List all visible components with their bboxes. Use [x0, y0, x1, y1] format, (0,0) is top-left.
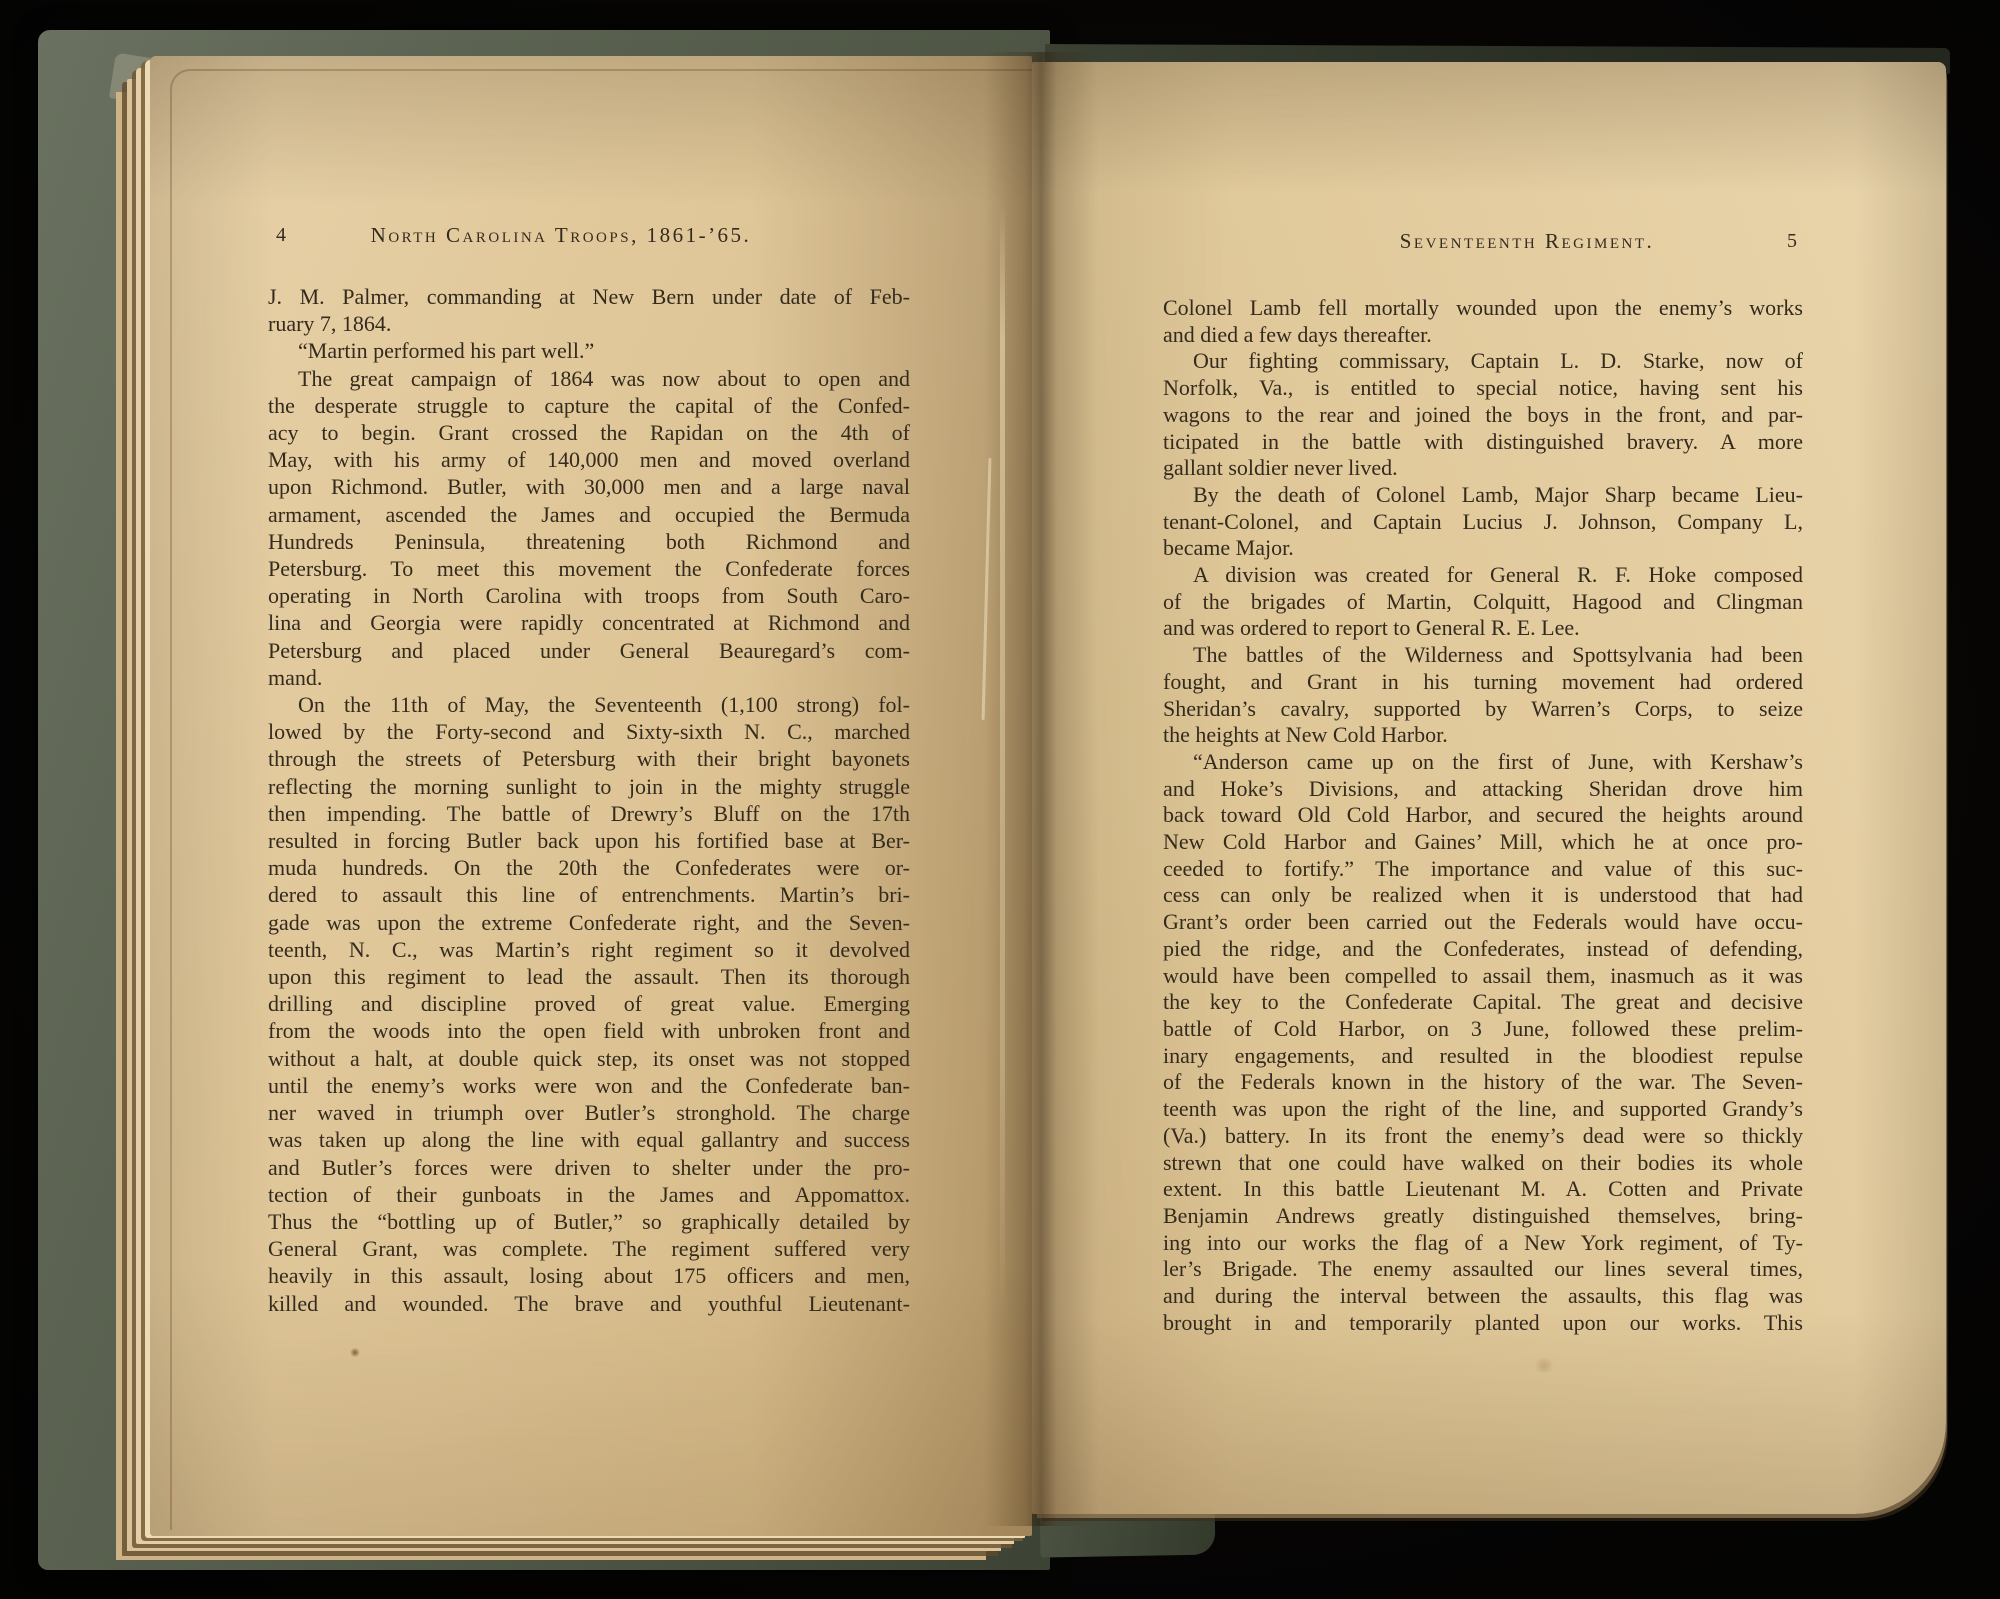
text-line: without a halt, at double quick step, it… [268, 1045, 910, 1072]
text-line: from the woods into the open field with … [268, 1017, 910, 1044]
text-line: then impending. The battle of Drewry’s B… [268, 800, 910, 827]
right-page-body: Colonel Lamb fell mortally wounded upon … [1163, 295, 1803, 1336]
text-line: upon Richmond. Butler, with 30,000 men a… [268, 473, 910, 500]
text-line: battle of Cold Harbor, on 3 June, follow… [1163, 1016, 1803, 1043]
text-line: Thus the “bottling up of Butler,” so gra… [268, 1208, 910, 1235]
text-line: brought in and temporarily planted upon … [1163, 1310, 1803, 1337]
text-line: and during the interval between the assa… [1163, 1283, 1803, 1310]
text-line: the heights at New Cold Harbor. [1163, 722, 1803, 749]
running-header-right: Seventeenth Regiment. 5 [1163, 228, 1803, 254]
text-line: The battles of the Wilderness and Spotts… [1163, 642, 1803, 669]
text-line: General Grant, was complete. The regimen… [268, 1235, 910, 1262]
text-line: dered to assault this line of entrenchme… [268, 881, 910, 908]
text-line: was taken up along the line with equal g… [268, 1126, 910, 1153]
text-line: of the brigades of Martin, Colquitt, Hag… [1163, 589, 1803, 616]
text-line: through the streets of Petersburg with t… [268, 745, 910, 772]
text-line: ing into our works the flag of a New Yor… [1163, 1230, 1803, 1257]
running-title-left: North Carolina Troops, 1861-’65. [240, 222, 882, 248]
text-line: Grant’s order been carried out the Feder… [1163, 909, 1803, 936]
text-line: armament, ascended the James and occupie… [268, 501, 910, 528]
text-line: Petersburg. To meet this movement the Co… [268, 555, 910, 582]
text-line: pied the ridge, and the Confederates, in… [1163, 936, 1803, 963]
text-line: teenth was upon the right of the line, a… [1163, 1096, 1803, 1123]
right-page-text: Seventeenth Regiment. 5 Colonel Lamb fel… [1163, 228, 1803, 1336]
text-line: ticipated in the battle with distinguish… [1163, 429, 1803, 456]
text-line: Norfolk, Va., is entitled to special not… [1163, 375, 1803, 402]
paragraph: The great campaign of 1864 was now about… [268, 365, 910, 691]
paragraph: J. M. Palmer, commanding at New Bern und… [268, 283, 910, 337]
text-line: reflecting the morning sunlight to join … [268, 773, 910, 800]
text-line: the desperate struggle to capture the ca… [268, 392, 910, 419]
text-line: Our fighting commissary, Captain L. D. S… [1163, 348, 1803, 375]
text-line: the key to the Confederate Capital. The … [1163, 989, 1803, 1016]
text-line: became Major. [1163, 535, 1803, 562]
paragraph: A division was created for General R. F.… [1163, 562, 1803, 642]
paragraph: On the 11th of May, the Seventeenth (1,1… [268, 691, 910, 1317]
text-line: By the death of Colonel Lamb, Major Shar… [1163, 482, 1803, 509]
text-line: ceeded to fortify.” The importance and v… [1163, 856, 1803, 883]
text-line: teenth, N. C., was Martin’s right regime… [268, 936, 910, 963]
text-line: New Cold Harbor and Gaines’ Mill, which … [1163, 829, 1803, 856]
text-line: and died a few days thereafter. [1163, 322, 1803, 349]
page-number-right: 5 [1787, 228, 1797, 254]
running-title-right: Seventeenth Regiment. [1207, 228, 1847, 254]
text-line: Petersburg and placed under General Beau… [268, 637, 910, 664]
text-line: lowed by the Forty-second and Sixty-sixt… [268, 718, 910, 745]
text-line: Benjamin Andrews greatly distinguished t… [1163, 1203, 1803, 1230]
text-line: tenant-Colonel, and Captain Lucius J. Jo… [1163, 509, 1803, 536]
text-line: acy to begin. Grant crossed the Rapidan … [268, 419, 910, 446]
text-line: wagons to the rear and joined the boys i… [1163, 402, 1803, 429]
text-line: drilling and discipline proved of great … [268, 990, 910, 1017]
text-line: killed and wounded. The brave and youthf… [268, 1290, 910, 1317]
left-page-text: 4 North Carolina Troops, 1861-’65. J. M.… [268, 222, 910, 1317]
text-line: and was ordered to report to General R. … [1163, 615, 1803, 642]
text-line: On the 11th of May, the Seventeenth (1,1… [268, 691, 910, 718]
text-line: inary engagements, and resulted in the b… [1163, 1043, 1803, 1070]
text-line: A division was created for General R. F.… [1163, 562, 1803, 589]
paragraph: “Martin performed his part well.” [268, 337, 910, 364]
text-line: and Butler’s forces were driven to shelt… [268, 1154, 910, 1181]
text-line: “Martin performed his part well.” [268, 337, 910, 364]
text-line: mand. [268, 664, 910, 691]
text-line: muda hundreds. On the 20th the Confedera… [268, 854, 910, 881]
text-line: cess can only be realized when it is und… [1163, 882, 1803, 909]
text-line: resulted in forcing Butler back upon his… [268, 827, 910, 854]
text-line: tection of their gunboats in the James a… [268, 1181, 910, 1208]
text-line: strewn that one could have walked on the… [1163, 1150, 1803, 1177]
book-photograph: 4 North Carolina Troops, 1861-’65. J. M.… [0, 0, 2000, 1599]
left-page-body: J. M. Palmer, commanding at New Bern und… [268, 283, 910, 1317]
text-line: May, with his army of 140,000 men and mo… [268, 446, 910, 473]
paragraph: By the death of Colonel Lamb, Major Shar… [1163, 482, 1803, 562]
text-line: Colonel Lamb fell mortally wounded upon … [1163, 295, 1803, 322]
text-line: extent. In this battle Lieutenant M. A. … [1163, 1176, 1803, 1203]
paragraph: Colonel Lamb fell mortally wounded upon … [1163, 295, 1803, 348]
text-line: back toward Old Cold Harbor, and secured… [1163, 802, 1803, 829]
text-line: The great campaign of 1864 was now about… [268, 365, 910, 392]
text-line: J. M. Palmer, commanding at New Bern und… [268, 283, 910, 310]
text-line: ler’s Brigade. The enemy assaulted our l… [1163, 1256, 1803, 1283]
paragraph: Our fighting commissary, Captain L. D. S… [1163, 348, 1803, 482]
text-line: gade was upon the extreme Confederate ri… [268, 909, 910, 936]
paragraph: “Anderson came up on the first of June, … [1163, 749, 1803, 1336]
text-line: operating in North Carolina with troops … [268, 582, 910, 609]
text-line: upon this regiment to lead the assault. … [268, 963, 910, 990]
running-header-left: 4 North Carolina Troops, 1861-’65. [268, 222, 910, 248]
text-line: until the enemy’s works were won and the… [268, 1072, 910, 1099]
text-line: gallant soldier never lived. [1163, 455, 1803, 482]
text-line: “Anderson came up on the first of June, … [1163, 749, 1803, 776]
text-line: of the Federals known in the history of … [1163, 1069, 1803, 1096]
text-line: ruary 7, 1864. [268, 310, 910, 337]
text-line: ner waved in triumph over Butler’s stron… [268, 1099, 910, 1126]
text-line: (Va.) battery. In its front the enemy’s … [1163, 1123, 1803, 1150]
text-line: and Hoke’s Divisions, and attacking Sher… [1163, 776, 1803, 803]
text-line: fought, and Grant in his turning movemen… [1163, 669, 1803, 696]
paragraph: The battles of the Wilderness and Spotts… [1163, 642, 1803, 749]
text-line: lina and Georgia were rapidly concentrat… [268, 609, 910, 636]
text-line: heavily in this assault, losing about 17… [268, 1262, 910, 1289]
text-line: would have been compelled to assail them… [1163, 963, 1803, 990]
text-line: Sheridan’s cavalry, supported by Warren’… [1163, 696, 1803, 723]
text-line: Hundreds Peninsula, threatening both Ric… [268, 528, 910, 555]
